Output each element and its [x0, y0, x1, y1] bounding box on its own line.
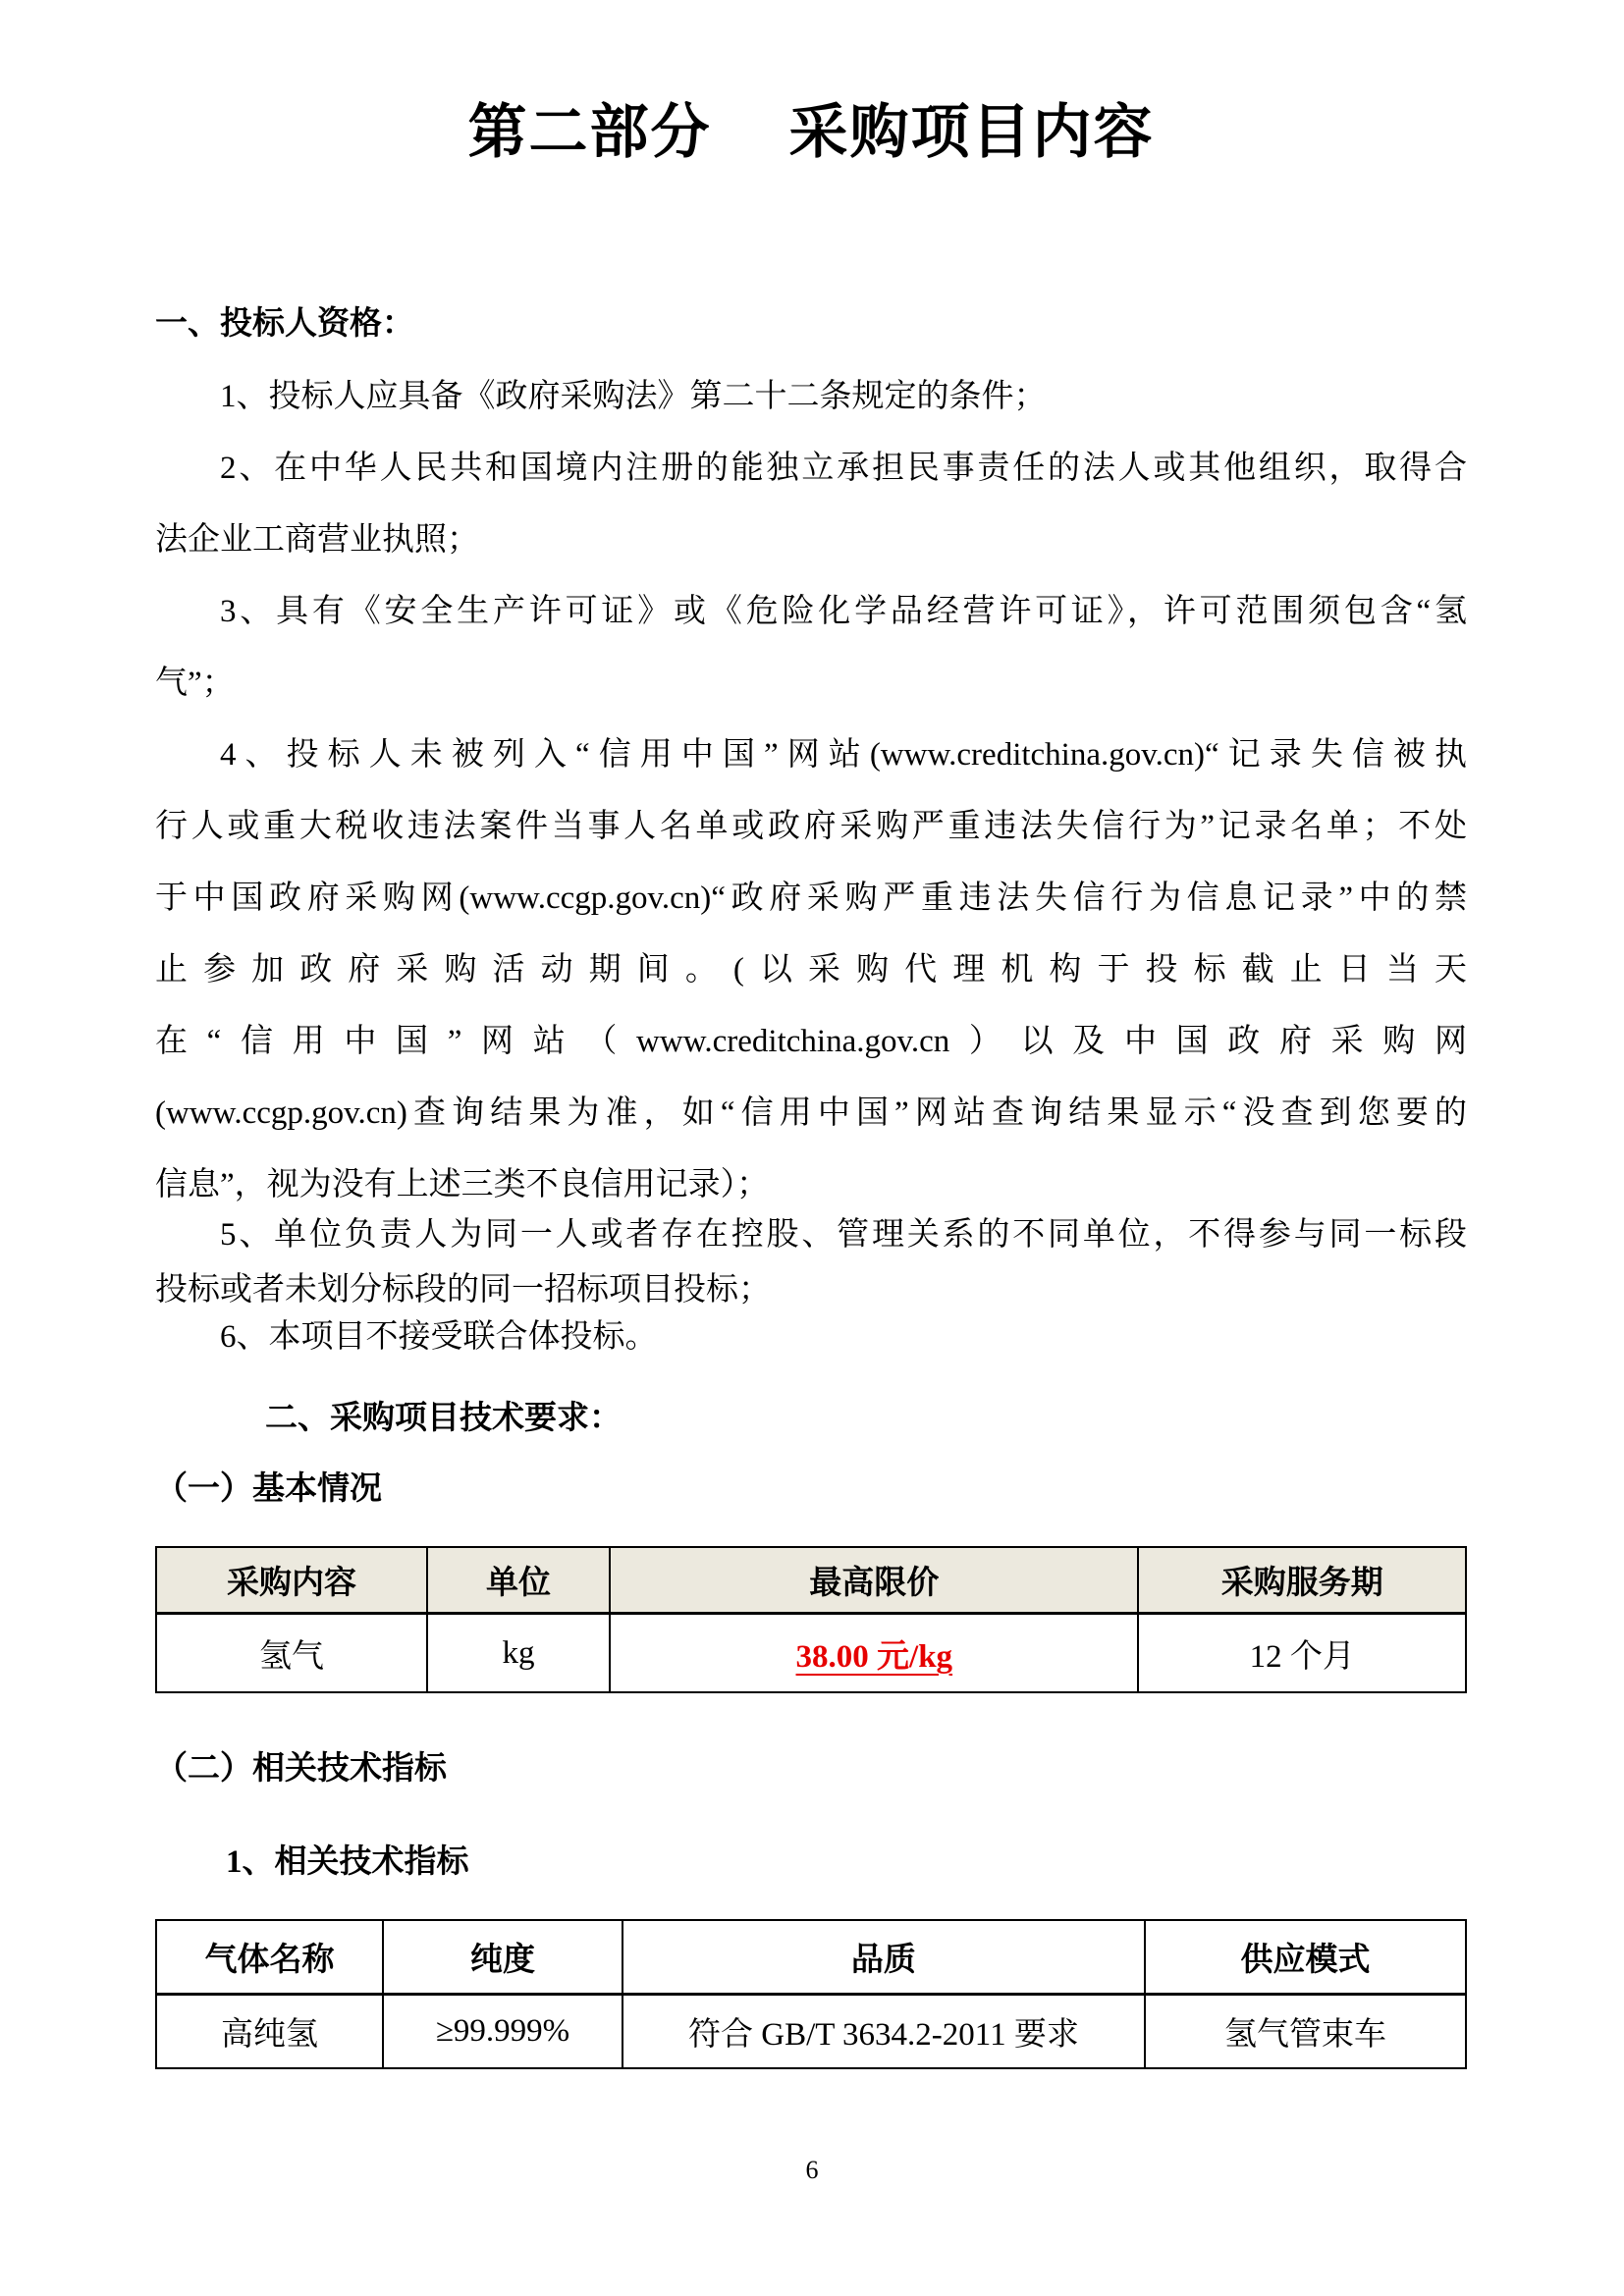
paragraph-line: 3、具有《安全生产许可证》或《危险化学品经营许可证》，许可范围须包含“氢: [155, 576, 1467, 648]
table-header-row: 采购内容 单位 最高限价 采购服务期: [156, 1547, 1466, 1614]
paragraph-line: 2、在中华人民共和国境内注册的能独立承担民事责任的法人或其他组织，取得合: [155, 433, 1467, 505]
qualification-item-6: 6、本项目不接受联合体投标。: [155, 1302, 1467, 1373]
paragraph-line: 止参加政府采购活动期间。(以采购代理机构于投标截止日当天: [155, 934, 1467, 1006]
paragraph-line: 在“信用中国”网站（www.creditchina.gov.cn）以及中国政府采…: [155, 1006, 1467, 1078]
tech-indicators-table: 气体名称 纯度 品质 供应模式 高纯氢 ≥99.999% 符合 GB/T 363…: [155, 1919, 1467, 2069]
subsection-tech-indicators-heading: （二）相关技术指标: [155, 1749, 1467, 1789]
basic-info-table-header: 采购内容 单位 最高限价 采购服务期: [156, 1547, 1466, 1614]
header-cell-purity: 纯度: [383, 1920, 623, 1995]
table-row: 氢气 kg 38.00 元/kg 12 个月: [156, 1614, 1466, 1693]
qualification-item-4: 4、投标人未被列入“信用中国”网站(www.creditchina.gov.cn…: [155, 720, 1467, 1221]
page-content: 第二部分 采购项目内容 一、投标人资格： 1、投标人应具备《政府采购法》第二十二…: [0, 0, 1624, 2069]
header-cell-service-period: 采购服务期: [1138, 1547, 1466, 1614]
cell-service-period: 12 个月: [1138, 1614, 1466, 1693]
paragraph-line: 5、单位负责人为同一人或者存在控股、管理关系的不同单位，不得参与同一标段: [155, 1207, 1467, 1262]
qualification-item-2: 2、在中华人民共和国境内注册的能独立承担民事责任的法人或其他组织，取得合 法企业…: [155, 433, 1467, 576]
cell-purity: ≥99.999%: [383, 1995, 623, 2069]
cell-supply-mode: 氢气管束车: [1145, 1995, 1466, 2069]
header-cell-max-price: 最高限价: [610, 1547, 1138, 1614]
paragraph-line: (www.ccgp.gov.cn)查询结果为准，如“信用中国”网站查询结果显示“…: [155, 1078, 1467, 1149]
paragraph-line: 气”；: [155, 648, 1467, 720]
cell-quality: 符合 GB/T 3634.2-2011 要求: [623, 1995, 1145, 2069]
cell-unit: kg: [427, 1614, 610, 1693]
paragraph-line: 于中国政府采购网(www.ccgp.gov.cn)“政府采购严重违法失信行为信息…: [155, 863, 1467, 934]
paragraph-line: 4、投标人未被列入“信用中国”网站(www.creditchina.gov.cn…: [155, 720, 1467, 791]
header-cell-unit: 单位: [427, 1547, 610, 1614]
basic-info-table: 采购内容 单位 最高限价 采购服务期 氢气 kg 38.00 元/kg 12 个…: [155, 1546, 1467, 1693]
header-cell-quality: 品质: [623, 1920, 1145, 1995]
document-page: { "document": { "title": "第二部分 采购项目内容", …: [0, 0, 1624, 2296]
cell-procurement-content: 氢气: [156, 1614, 427, 1693]
header-cell-gas-name: 气体名称: [156, 1920, 383, 1995]
header-cell-content: 采购内容: [156, 1547, 427, 1614]
header-cell-supply-mode: 供应模式: [1145, 1920, 1466, 1995]
paragraph-line: 行人或重大税收违法案件当事人名单或政府采购严重违法失信行为”记录名单；不处: [155, 791, 1467, 863]
subsection-basic-info-heading: （一）基本情况: [155, 1469, 1467, 1509]
max-price-value: 38.00 元/kg: [796, 1639, 953, 1675]
tech-indicators-table-header: 气体名称 纯度 品质 供应模式: [156, 1920, 1466, 1995]
page-title: 第二部分 采购项目内容: [155, 103, 1467, 162]
tech-indicators-sub-heading: 1、相关技术指标: [226, 1842, 1467, 1882]
paragraph-line: 6、本项目不接受联合体投标。: [155, 1302, 1467, 1373]
page-number: 6: [0, 2156, 1624, 2185]
table-header-row: 气体名称 纯度 品质 供应模式: [156, 1920, 1466, 1995]
section-bidder-qualification-heading: 一、投标人资格：: [155, 304, 1467, 344]
qualification-item-1: 1、投标人应具备《政府采购法》第二十二条规定的条件；: [155, 361, 1467, 433]
paragraph-line: 1、投标人应具备《政府采购法》第二十二条规定的条件；: [155, 361, 1467, 433]
paragraph-line: 法企业工商营业执照；: [155, 505, 1467, 576]
qualification-item-3: 3、具有《安全生产许可证》或《危险化学品经营许可证》，许可范围须包含“氢 气”；: [155, 576, 1467, 720]
cell-max-price: 38.00 元/kg: [610, 1614, 1138, 1693]
section-technical-requirements-heading: 二、采购项目技术要求：: [265, 1399, 1467, 1438]
cell-gas-name: 高纯氢: [156, 1995, 383, 2069]
table-row: 高纯氢 ≥99.999% 符合 GB/T 3634.2-2011 要求 氢气管束…: [156, 1995, 1466, 2069]
